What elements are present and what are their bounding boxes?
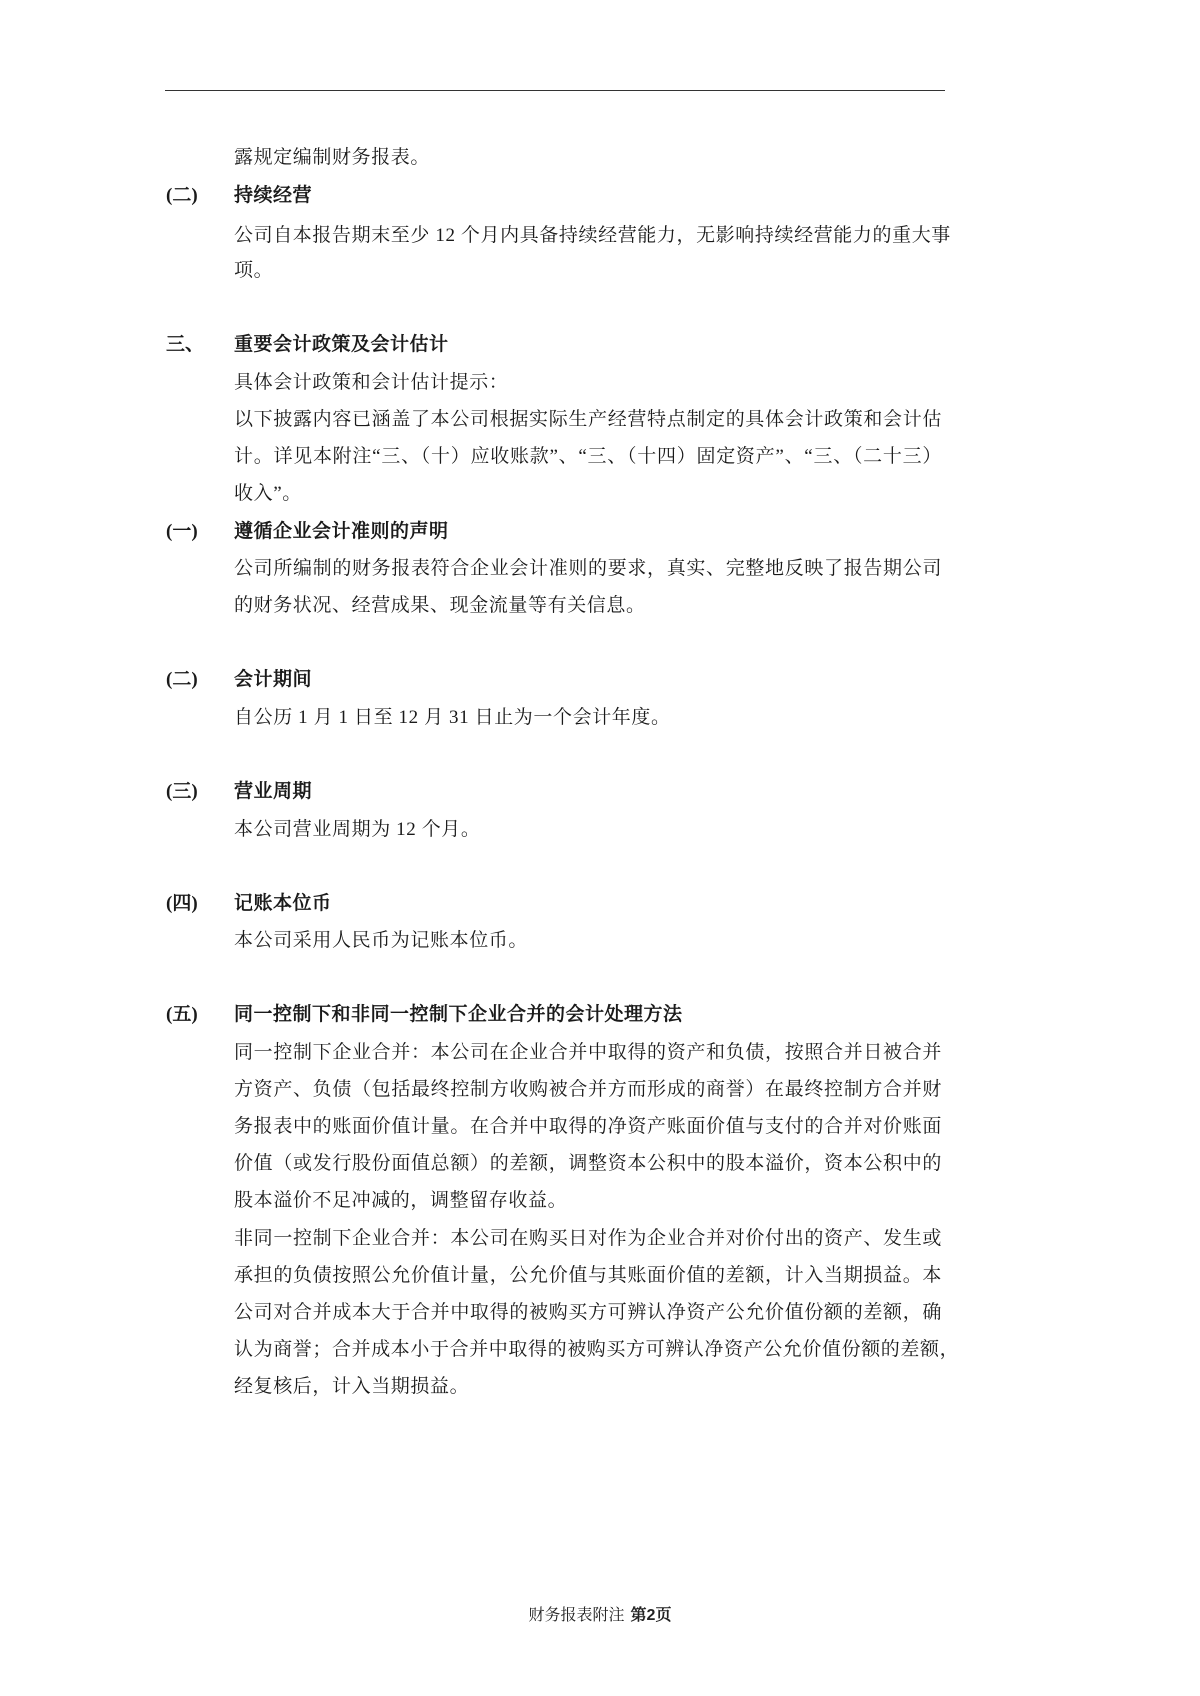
section-number: (一)	[166, 520, 234, 544]
paragraph-line: 认为商誉；合并成本小于合并中取得的被购买方可辨认净资产公允价值份额的差额，	[234, 1338, 942, 1362]
paragraph-line: 本公司营业周期为 12 个月。	[234, 818, 481, 842]
paragraph-line: 收入”。	[234, 482, 302, 506]
section-heading-accounting-period: (二)会计期间	[166, 668, 312, 692]
section-heading-policies: 三、重要会计政策及会计估计	[166, 333, 449, 357]
paragraph-line: 公司自本报告期末至少 12 个月内具备持续经营能力，无影响持续经营能力的重大事	[234, 224, 942, 248]
section-heading-compliance: (一)遵循企业会计准则的声明	[166, 520, 449, 544]
section-title: 会计期间	[234, 669, 312, 690]
section-title: 同一控制下和非同一控制下企业合并的会计处理方法	[234, 1004, 683, 1025]
paragraph-line: 自公历 1 月 1 日至 12 月 31 日止为一个会计年度。	[234, 706, 671, 730]
paragraph-line: 方资产、负债（包括最终控制方收购被合并方而形成的商誉）在最终控制方合并财	[234, 1078, 942, 1102]
section-heading-operating-cycle: (三)营业周期	[166, 780, 312, 804]
section-number: (五)	[166, 1003, 234, 1027]
paragraph-line: 项。	[234, 259, 273, 283]
paragraph-line: 的财务状况、经营成果、现金流量等有关信息。	[234, 594, 646, 618]
section-number: (二)	[166, 668, 234, 692]
paragraph-line: 承担的负债按照公允价值计量，公允价值与其账面价值的差额，计入当期损益。本	[234, 1264, 942, 1288]
section-number: (二)	[166, 184, 234, 208]
paragraph-line: 非同一控制下企业合并：本公司在购买日对作为企业合并对价付出的资产、发生或	[234, 1227, 942, 1251]
section-number: (四)	[166, 892, 234, 916]
section-number: 三、	[166, 333, 234, 357]
section-title: 记账本位币	[234, 893, 332, 914]
paragraph-line: 具体会计政策和会计估计提示：	[234, 371, 508, 395]
paragraph-line: 经复核后，计入当期损益。	[234, 1375, 469, 1399]
section-title: 持续经营	[234, 185, 312, 206]
paragraph-line: 公司所编制的财务报表符合企业会计准则的要求，真实、完整地反映了报告期公司	[234, 557, 942, 581]
section-heading-business-combination: (五)同一控制下和非同一控制下企业合并的会计处理方法	[166, 1003, 683, 1027]
section-title: 营业周期	[234, 781, 312, 802]
paragraph-line: 本公司采用人民币为记账本位币。	[234, 929, 528, 953]
paragraph-line: 公司对合并成本大于合并中取得的被购买方可辨认净资产公允价值份额的差额，确	[234, 1301, 942, 1325]
footer-label: 财务报表附注	[529, 1607, 625, 1624]
section-heading-functional-currency: (四)记账本位币	[166, 892, 332, 916]
paragraph-line: 股本溢价不足冲减的，调整留存收益。	[234, 1189, 567, 1213]
paragraph-line: 以下披露内容已涵盖了本公司根据实际生产经营特点制定的具体会计政策和会计估	[234, 408, 942, 432]
page-number: 第2页	[631, 1607, 672, 1624]
section-number: (三)	[166, 780, 234, 804]
paragraph-continuation: 露规定编制财务报表。	[234, 146, 430, 170]
paragraph-line: 务报表中的账面价值计量。在合并中取得的净资产账面价值与支付的合并对价账面	[234, 1115, 942, 1139]
paragraph-line: 同一控制下企业合并：本公司在企业合并中取得的资产和负债，按照合并日被合并	[234, 1041, 942, 1065]
header-rule	[165, 90, 945, 91]
section-heading-going-concern: (二)持续经营	[166, 184, 312, 208]
paragraph-line: 计。详见本附注“三、（十）应收账款”、“三、（十四）固定资产”、“三、（二十三）	[234, 445, 942, 469]
section-title: 重要会计政策及会计估计	[234, 334, 449, 355]
page-footer: 财务报表附注第2页	[0, 1606, 1200, 1626]
section-title: 遵循企业会计准则的声明	[234, 521, 449, 542]
paragraph-line: 价值（或发行股份面值总额）的差额，调整资本公积中的股本溢价，资本公积中的	[234, 1152, 942, 1176]
